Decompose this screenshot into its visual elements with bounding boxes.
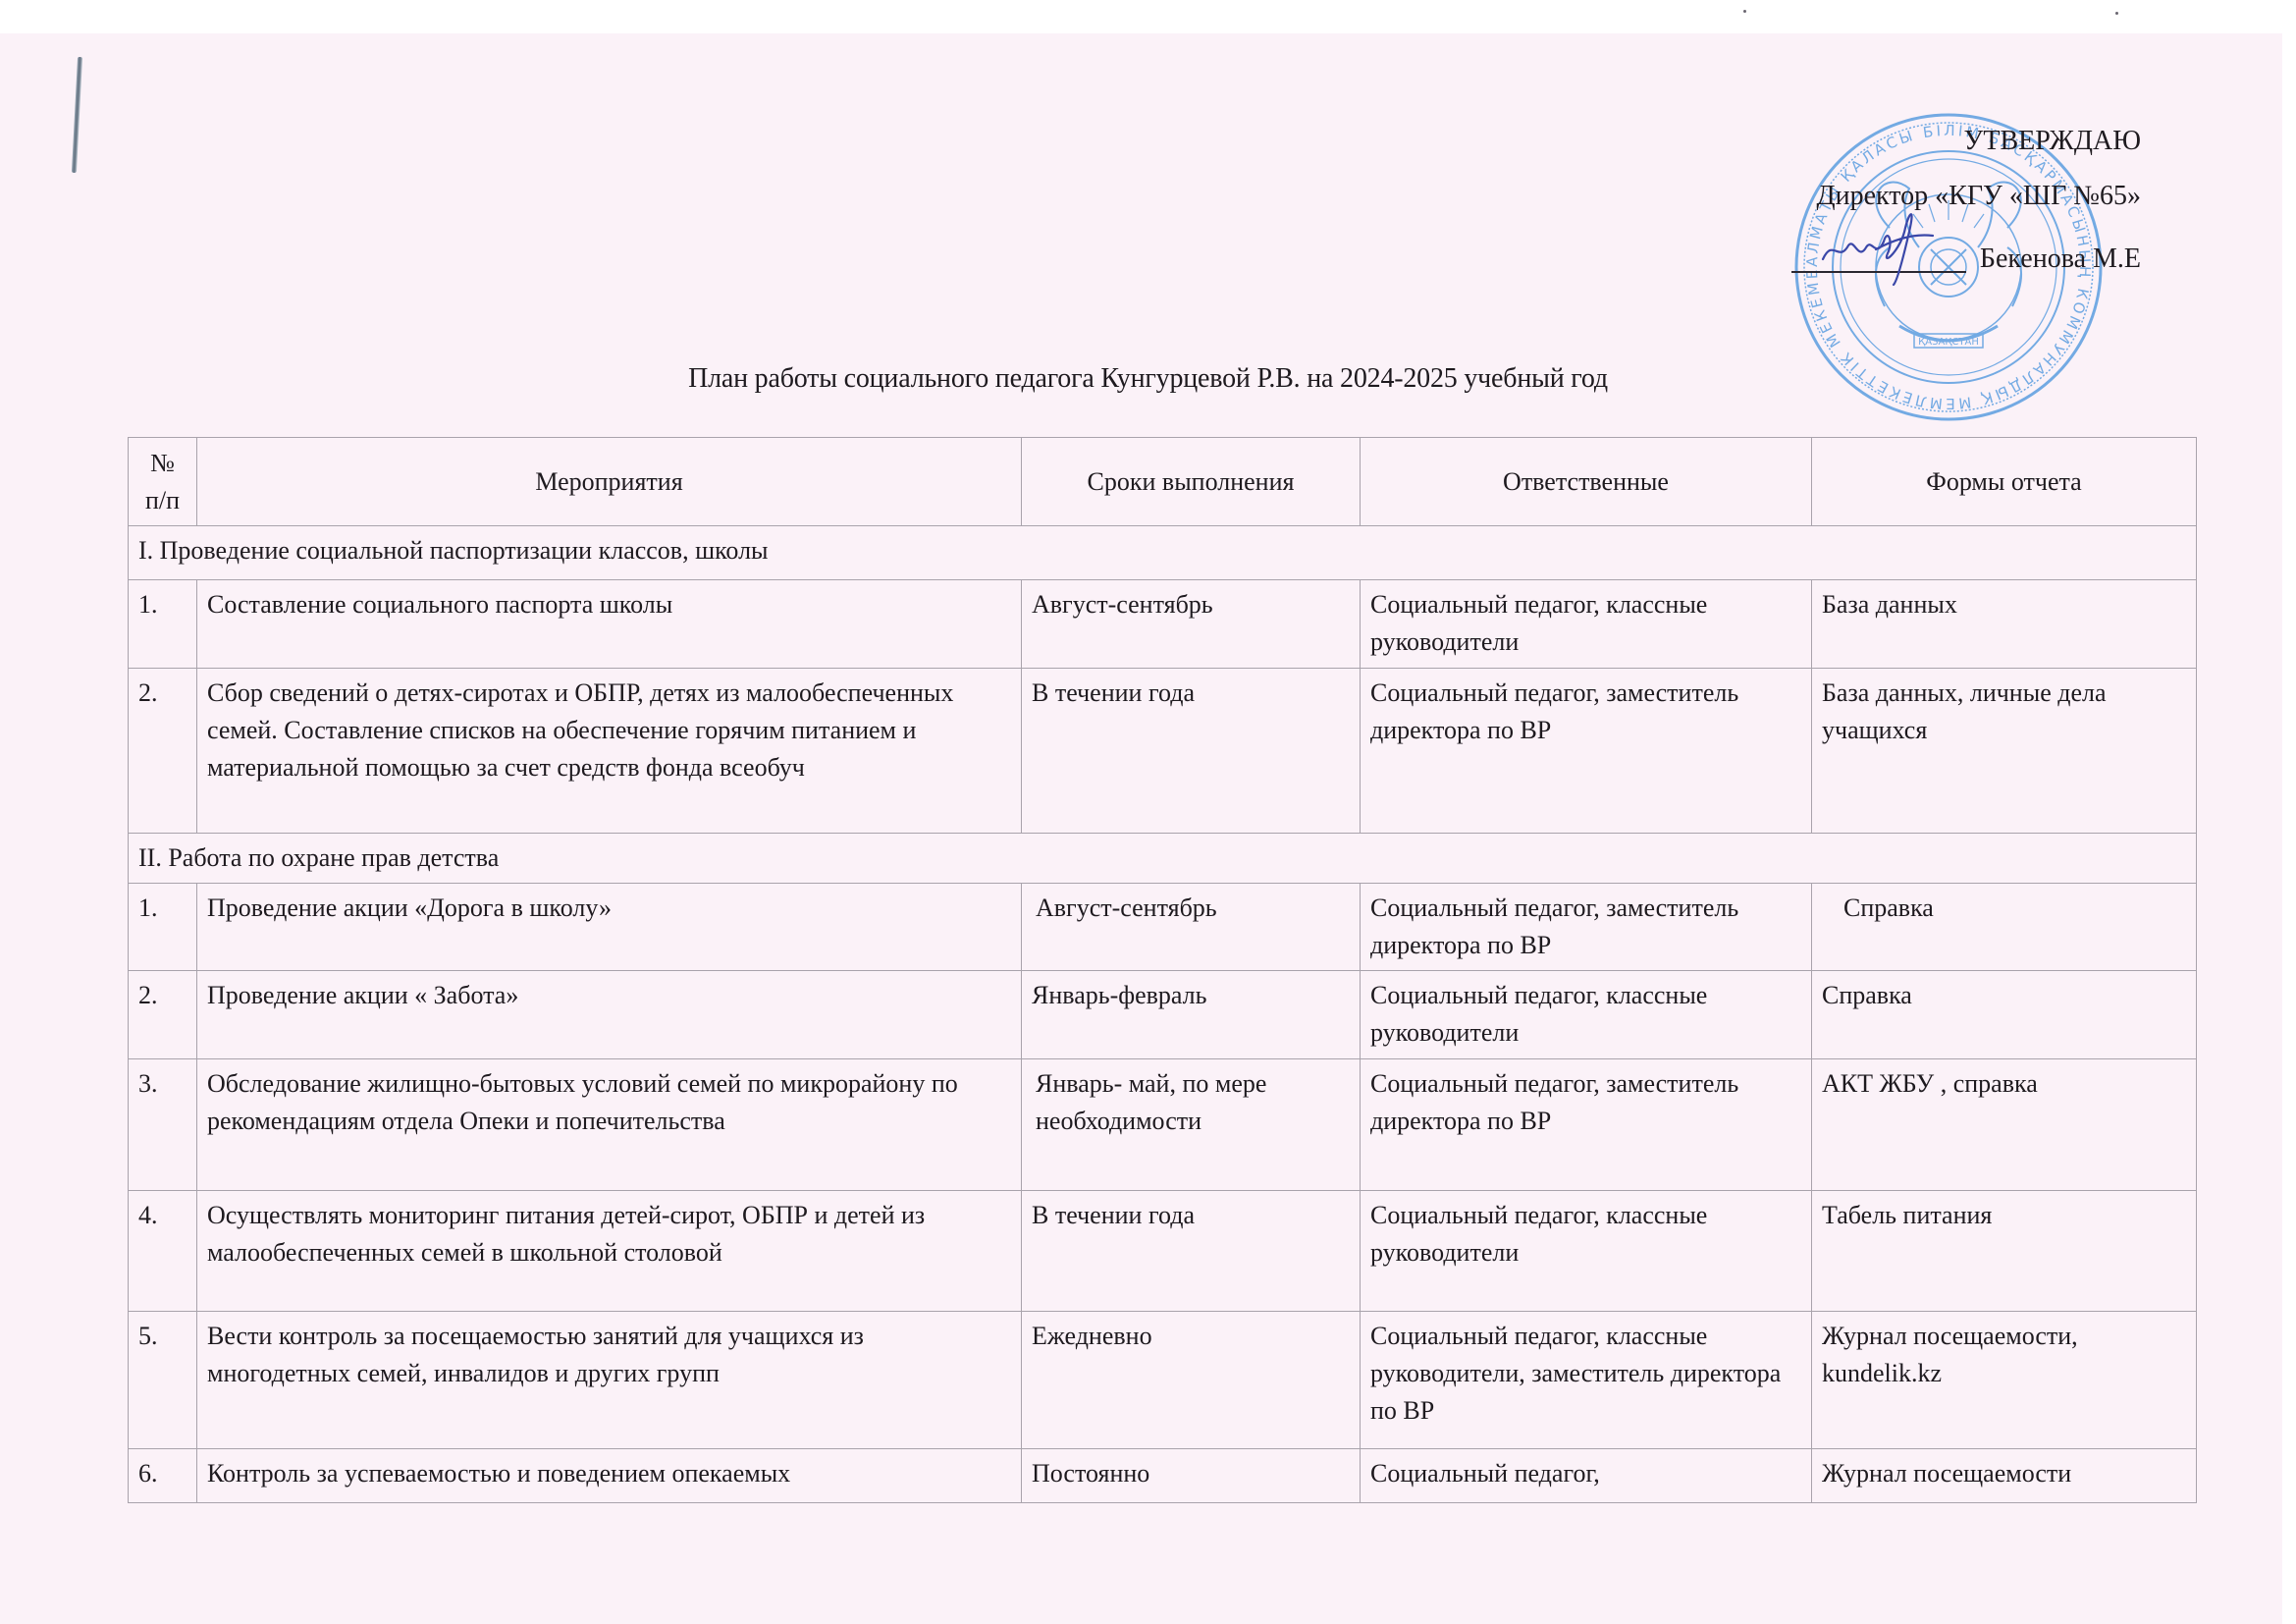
row-num: 6. <box>129 1449 197 1503</box>
row-responsible: Социальный педагог, заместитель директор… <box>1361 669 1812 834</box>
signature-icon <box>1819 198 1937 287</box>
stamp-inner-text: ҚАЗАҚСТАН <box>1918 337 1979 348</box>
header-responsible: Ответственные <box>1361 438 1812 526</box>
approval-heading: УТВЕРЖДАЮ <box>1791 128 2141 155</box>
scan-margin-right <box>2282 0 2296 1624</box>
header-num: №п/п <box>129 438 197 526</box>
row-report: Справка <box>1812 884 2197 971</box>
table-row: 2. Сбор сведений о детях-сиротах и ОБПР,… <box>129 669 2197 834</box>
row-activity: Составление социального паспорта школы <box>197 580 1022 669</box>
section-row: II. Работа по охране прав детства <box>129 834 2197 884</box>
scan-margin-top <box>0 0 2296 33</box>
approval-signatory: Бекенова М.Е <box>1980 245 2141 273</box>
row-activity: Проведение акции « Забота» <box>197 971 1022 1059</box>
row-num: 1. <box>129 884 197 971</box>
row-num: 5. <box>129 1312 197 1449</box>
row-num: 3. <box>129 1059 197 1191</box>
row-term: Ежедневно <box>1022 1312 1361 1449</box>
table-row: 1. Проведение акции «Дорога в школу» Авг… <box>129 884 2197 971</box>
row-term: Август-сентябрь <box>1022 884 1361 971</box>
table-row: 5. Вести контроль за посещаемостью занят… <box>129 1312 2197 1449</box>
row-num: 4. <box>129 1191 197 1312</box>
row-activity: Проведение акции «Дорога в школу» <box>197 884 1022 971</box>
row-report: АКТ ЖБУ , справка <box>1812 1059 2197 1191</box>
table-row: 1. Составление социального паспорта школ… <box>129 580 2197 669</box>
row-term: В течении года <box>1022 669 1361 834</box>
header-activity: Мероприятия <box>197 438 1022 526</box>
row-activity: Осуществлять мониторинг питания детей-си… <box>197 1191 1022 1312</box>
row-num: 2. <box>129 669 197 834</box>
row-report: База данных, личные дела учащихся <box>1812 669 2197 834</box>
table-row: 2. Проведение акции « Забота» Январь-фев… <box>129 971 2197 1059</box>
row-activity: Обследование жилищно-бытовых условий сем… <box>197 1059 1022 1191</box>
row-report: Табель питания <box>1812 1191 2197 1312</box>
document-title: План работы социального педагога Кунгурц… <box>0 363 2296 395</box>
section-title: I. Проведение социальной паспортизации к… <box>129 526 2197 580</box>
section-row: I. Проведение социальной паспортизации к… <box>129 526 2197 580</box>
row-activity: Сбор сведений о детях-сиротах и ОБПР, де… <box>197 669 1022 834</box>
row-responsible: Социальный педагог, <box>1361 1449 1812 1503</box>
row-responsible: Социальный педагог, классные руководител… <box>1361 1191 1812 1312</box>
speck <box>2115 12 2118 15</box>
row-responsible: Социальный педагог, классные руководител… <box>1361 580 1812 669</box>
signature-line <box>1791 238 1966 273</box>
row-responsible: Социальный педагог, заместитель директор… <box>1361 1059 1812 1191</box>
row-report: Журнал посещаемости, kundelik.kz <box>1812 1312 2197 1449</box>
row-num: 2. <box>129 971 197 1059</box>
row-term: В течении года <box>1022 1191 1361 1312</box>
row-activity: Вести контроль за посещаемостью занятий … <box>197 1312 1022 1449</box>
row-activity: Контроль за успеваемостью и поведением о… <box>197 1449 1022 1503</box>
row-term: Август-сентябрь <box>1022 580 1361 669</box>
row-term: Январь- май, по мере необходимости <box>1022 1059 1361 1191</box>
table-row: 3. Обследование жилищно-бытовых условий … <box>129 1059 2197 1191</box>
row-responsible: Социальный педагог, заместитель директор… <box>1361 884 1812 971</box>
row-responsible: Социальный педагог, классные руководител… <box>1361 971 1812 1059</box>
row-report: Справка <box>1812 971 2197 1059</box>
table-row: 6. Контроль за успеваемостью и поведение… <box>129 1449 2197 1503</box>
row-num: 1. <box>129 580 197 669</box>
row-report: База данных <box>1812 580 2197 669</box>
header-term: Сроки выполнения <box>1022 438 1361 526</box>
speck <box>1743 10 1746 13</box>
table-header-row: №п/п Мероприятия Сроки выполнения Ответс… <box>129 438 2197 526</box>
staple-mark <box>72 57 82 173</box>
row-term: Январь-февраль <box>1022 971 1361 1059</box>
table-row: 4. Осуществлять мониторинг питания детей… <box>129 1191 2197 1312</box>
row-term: Постоянно <box>1022 1449 1361 1503</box>
approval-block: УТВЕРЖДАЮ Директор «КГУ «ШГ №65» Бекенов… <box>1791 128 2141 273</box>
row-responsible: Социальный педагог, классные руководител… <box>1361 1312 1812 1449</box>
row-report: Журнал посещаемости <box>1812 1449 2197 1503</box>
work-plan-table: №п/п Мероприятия Сроки выполнения Ответс… <box>128 437 2197 1503</box>
header-report: Формы отчета <box>1812 438 2197 526</box>
section-title: II. Работа по охране прав детства <box>129 834 2197 884</box>
